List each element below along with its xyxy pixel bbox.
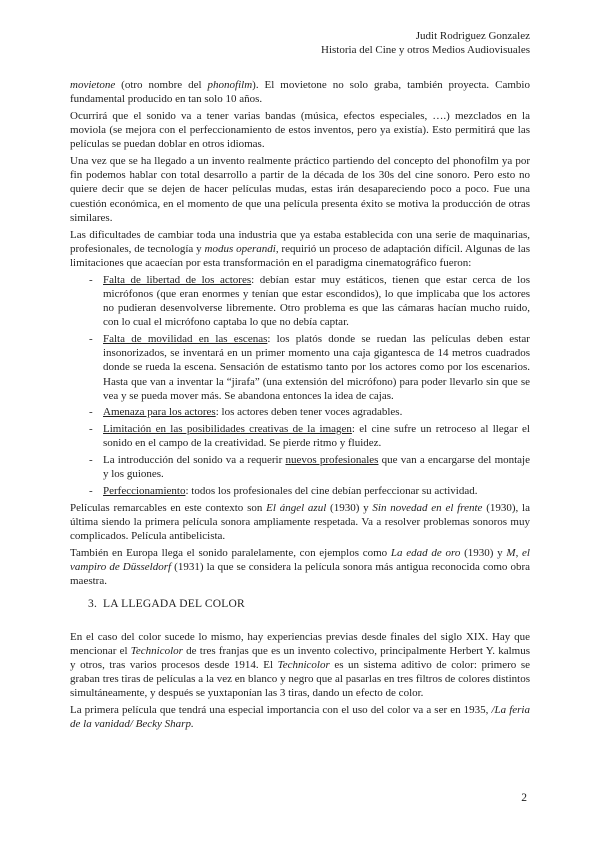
- text-segment: : los actores deben tener voces agradabl…: [216, 406, 403, 418]
- paragraph: Ocurrirá que el sonido va a tener varias…: [70, 109, 530, 152]
- underlined-term: Falta de libertad de los actores: [103, 274, 251, 286]
- bullet-dash: -: [89, 273, 93, 287]
- italic-term: modus operandi: [205, 243, 276, 255]
- bullet-dash: -: [89, 332, 93, 346]
- paragraph: También en Europa llega el sonido parale…: [70, 546, 530, 589]
- text-segment: Una vez que se ha llegado a un invento r…: [70, 155, 530, 224]
- bullet-dash: -: [89, 422, 93, 436]
- bullet-item: -Amenaza para los actores: los actores d…: [70, 405, 530, 419]
- bullet-dash: -: [89, 405, 93, 419]
- paragraph: Películas remarcables en este contexto s…: [70, 501, 530, 544]
- text-segment: : todos los profesionales del cine debía…: [185, 485, 477, 497]
- underlined-term: Amenaza para los actores: [103, 406, 216, 418]
- section-heading: 3.LA LLEGADA DEL COLOR: [70, 597, 530, 611]
- page-number: 2: [521, 792, 527, 804]
- document-page: Judit Rodriguez Gonzalez Historia del Ci…: [0, 0, 600, 848]
- text-segment: (otro nombre del: [115, 79, 207, 91]
- header-course: Historia del Cine y otros Medios Audiovi…: [70, 43, 530, 57]
- paragraph: movietone (otro nombre del phonofilm). E…: [70, 78, 530, 106]
- underlined-term: Perfeccionamiento: [103, 485, 185, 497]
- paragraph: Una vez que se ha llegado a un invento r…: [70, 154, 530, 225]
- bullet-item: -Limitación en las posibilidades creativ…: [70, 422, 530, 450]
- paragraph: La primera película que tendrá una espec…: [70, 703, 530, 731]
- document-header: Judit Rodriguez Gonzalez Historia del Ci…: [70, 29, 530, 57]
- bullet-dash: -: [89, 453, 93, 467]
- italic-term: movietone: [70, 79, 115, 91]
- underlined-term: Falta de movilidad en las escenas: [103, 333, 267, 345]
- underlined-term: nuevos profesionales: [285, 454, 378, 466]
- text-segment: Películas remarcables en este contexto s…: [70, 502, 266, 514]
- paragraph: Las dificultades de cambiar toda una ind…: [70, 228, 530, 271]
- bullet-item: -Falta de libertad de los actores: debía…: [70, 273, 530, 330]
- paragraph: En el caso del color sucede lo mismo, ha…: [70, 630, 530, 701]
- italic-term: Technicolor: [131, 645, 183, 657]
- page-content: Judit Rodriguez Gonzalez Historia del Ci…: [70, 29, 530, 734]
- text-segment: La primera película que tendrá una espec…: [70, 704, 491, 716]
- italic-term: Technicolor: [278, 659, 330, 671]
- italic-term: La edad de oro: [391, 547, 460, 559]
- italic-term: phonofilm: [208, 79, 253, 91]
- text-segment: (1930) y: [326, 502, 372, 514]
- italic-term: El ángel azul: [266, 502, 326, 514]
- italic-term: Sin novedad en el frente: [372, 502, 482, 514]
- heading-title: LA LLEGADA DEL COLOR: [103, 598, 245, 610]
- heading-number: 3.: [88, 597, 97, 611]
- bullet-item: -Falta de movilidad en las escenas: los …: [70, 332, 530, 403]
- document-body: movietone (otro nombre del phonofilm). E…: [70, 78, 530, 732]
- bullet-item: -La introducción del sonido va a requeri…: [70, 453, 530, 481]
- text-segment: La introducción del sonido va a requerir: [103, 454, 285, 466]
- bullet-item: -Perfeccionamiento: todos los profesiona…: [70, 484, 530, 498]
- underlined-term: Limitación en las posibilidades creativa…: [103, 423, 352, 435]
- text-segment: También en Europa llega el sonido parale…: [70, 547, 391, 559]
- text-segment: Ocurrirá que el sonido va a tener varias…: [70, 110, 530, 150]
- header-author: Judit Rodriguez Gonzalez: [70, 29, 530, 43]
- text-segment: (1930) y: [460, 547, 506, 559]
- bullet-dash: -: [89, 484, 93, 498]
